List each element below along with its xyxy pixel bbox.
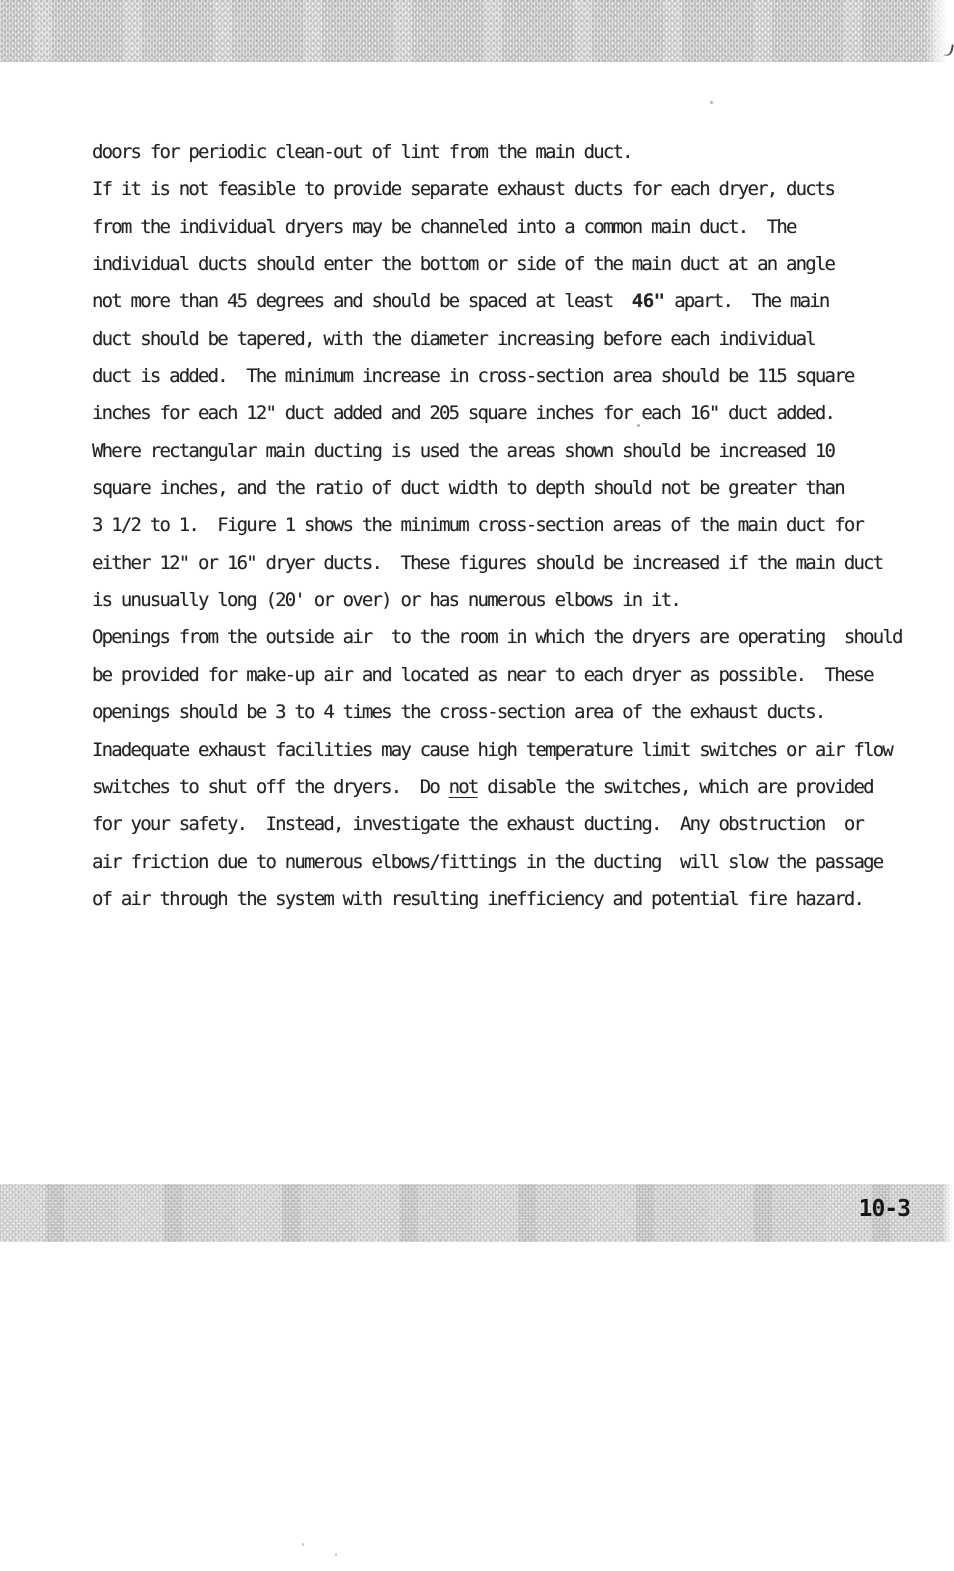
text-line: inches for each 12" duct added and 205 s… — [92, 395, 932, 432]
underlined-word: not — [449, 776, 478, 798]
scan-artifact-speck — [335, 1553, 337, 1556]
text-line: be provided for make-up air and located … — [92, 657, 932, 694]
text-line: air friction due to numerous elbows/fitt… — [92, 844, 932, 881]
text-line: Openings from the outside air to the roo… — [92, 619, 932, 656]
text-line: doors for periodic clean-out of lint fro… — [92, 134, 932, 171]
text-line: from the individual dryers may be channe… — [92, 209, 932, 246]
text-line: square inches, and the ratio of duct wid… — [92, 470, 932, 507]
text-line: of air through the system with resulting… — [92, 881, 932, 918]
text-line: not more than 45 degrees and should be s… — [92, 283, 932, 320]
text-segment: not more than 45 degrees and should be s… — [92, 290, 632, 312]
scanned-document-page: doors for periodic clean-out of lint fro… — [0, 0, 954, 1571]
text-line: openings should be 3 to 4 times the cros… — [92, 694, 932, 731]
text-segment: apart. The main — [665, 290, 829, 312]
text-line: 3 1/2 to 1. Figure 1 shows the minimum c… — [92, 507, 932, 544]
text-line: duct is added. The minimum increase in c… — [92, 358, 932, 395]
text-line: either 12" or 16" dryer ducts. These fig… — [92, 545, 932, 582]
text-line: for your safety. Instead, investigate th… — [92, 806, 932, 843]
page-number: 10-3 — [859, 1196, 910, 1222]
text-segment: switches to shut off the dryers. Do — [92, 776, 449, 798]
top-texture-band — [0, 0, 954, 62]
text-line: individual ducts should enter the bottom… — [92, 246, 932, 283]
text-line: Inadequate exhaust facilities may cause … — [92, 732, 932, 769]
bottom-texture-band: 10-3 — [0, 1184, 954, 1242]
inserted-measurement: 46" — [632, 290, 665, 312]
text-line: If it is not feasible to provide separat… — [92, 171, 932, 208]
text-segment: disable the switches, which are provided — [478, 776, 873, 798]
scan-artifact-speck — [710, 101, 713, 104]
text-line: Where rectangular main ducting is used t… — [92, 433, 932, 470]
text-line: duct should be tapered, with the diamete… — [92, 321, 932, 358]
scan-artifact-speck — [302, 1543, 304, 1546]
text-line: is unusually long (20' or over) or has n… — [92, 582, 932, 619]
text-line: switches to shut off the dryers. Do not … — [92, 769, 932, 806]
body-text-block: doors for periodic clean-out of lint fro… — [92, 134, 932, 918]
